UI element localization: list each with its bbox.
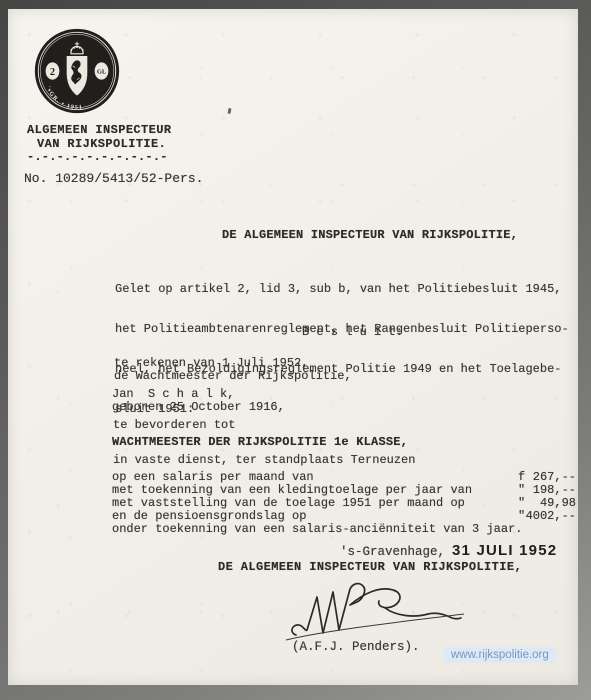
reference-number: No. 10289/5413/52-Pers. (24, 172, 203, 185)
decision-line: de Wachtmeester der Rijkspolitie, (114, 370, 352, 383)
watermark-link: www.rijkspolitie.org (444, 647, 556, 663)
revenue-stamp-seal: 2 GL 'sGR. • 1951 (34, 28, 120, 114)
seal-right-value: GL (97, 69, 107, 76)
decision-line: in vaste dienst, ter standplaats Terneuz… (113, 454, 415, 467)
decision-line: geboren 25 October 1916, (112, 401, 285, 414)
considerations-paragraph: Gelet op artikel 2, lid 3, sub b, van he… (115, 256, 569, 444)
place-line: 's-Gravenhage, (340, 546, 445, 559)
decision-line: te bevorderen tot (113, 419, 235, 432)
salary-amount: 4002,-- (516, 510, 576, 523)
signature (280, 581, 475, 645)
date-stamp: 31 JULI 1952 (452, 542, 557, 559)
letterhead-line1: ALGEMEEN INSPECTEUR (27, 124, 171, 137)
scanned-letter-page: 2 GL 'sGR. • 1951 ALGEMEEN INSPECTEUR VA… (8, 9, 578, 685)
letterhead-divider: -.-.-.-.-.-.-.-.-.- (27, 151, 168, 164)
document-title: DE ALGEMEEN INSPECTEUR VAN RIJKSPOLITIE, (222, 229, 518, 242)
consideration-line: Gelet op artikel 2, lid 3, sub b, van he… (115, 283, 569, 296)
seal-left-value: 2 (50, 67, 55, 78)
besluit-heading: B e s l u i t: (302, 326, 403, 339)
signer-name: (A.F.J. Penders). (292, 641, 420, 654)
salary-closing-line: onder toekenning van een salaris-anciënn… (112, 523, 522, 536)
ink-speck (227, 108, 231, 114)
signoff-title: DE ALGEMEEN INSPECTEUR VAN RIJKSPOLITIE, (218, 561, 522, 574)
decision-line-new-rank: WACHTMEESTER DER RIJKSPOLITIE 1e KLASSE, (112, 436, 408, 449)
